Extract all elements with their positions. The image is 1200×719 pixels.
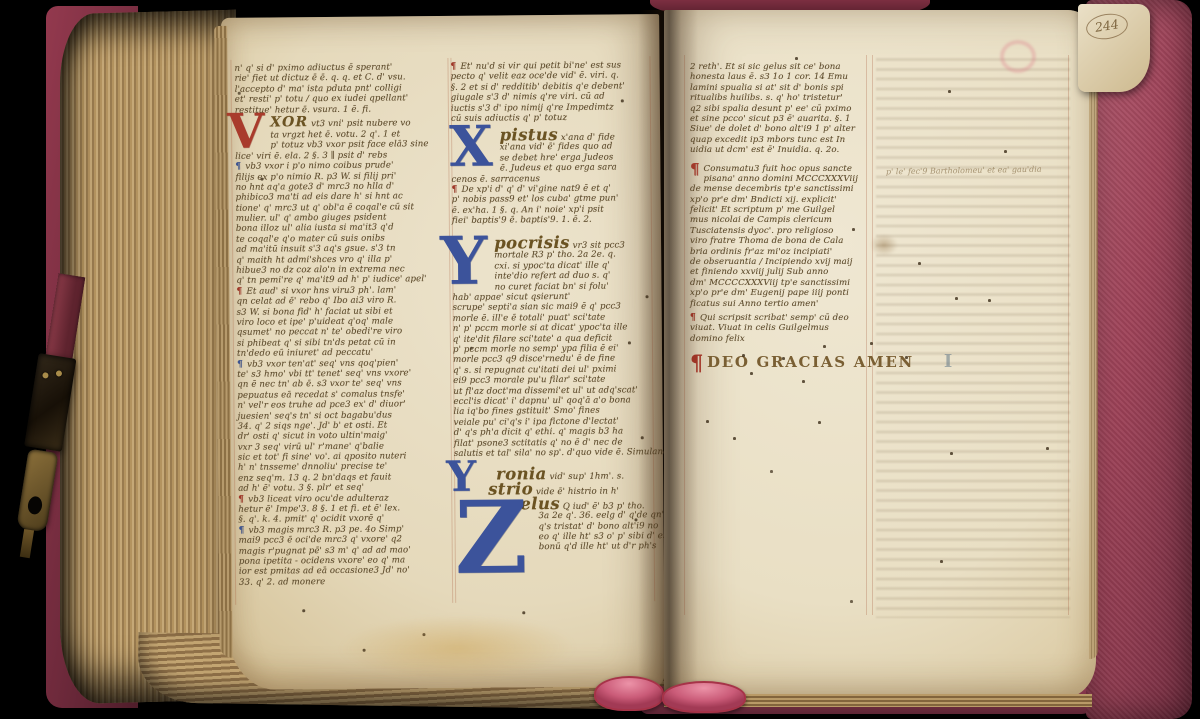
pilcrow-mark: ¶: [450, 62, 460, 72]
manuscript-line: bonū q'd ille ht' ut d'r ph's: [539, 542, 659, 553]
manuscript-line: dm' MCCCCXXXViij tp'e sanctissimi: [690, 278, 876, 288]
line-text: cenos ē. sarracenus: [451, 174, 540, 185]
show-through-text: [876, 58, 1070, 618]
manuscript-line: et finiendo xxviij julij Sub anno: [690, 267, 876, 277]
manuscript-line: 2 reth'. Et si sic gelus sit ce' bona: [690, 62, 876, 72]
entry-headword: xor: [270, 114, 308, 130]
line-text: se debet hre' erga Judeos: [500, 152, 614, 163]
line-text: ē. Judeus et quo erga sara: [500, 163, 617, 174]
line-text: cū suis adiuctis q' p' totuz: [451, 113, 567, 124]
line-text: honesta laus ē. s3 1o 1 cor. 14 Emu: [690, 72, 848, 82]
pilcrow-mark: ¶: [690, 350, 700, 375]
pilcrow-mark: ¶: [452, 185, 462, 195]
pilcrow-mark: ¶: [239, 526, 249, 536]
wormholes: [221, 18, 224, 21]
manuscript-line: de mense decembris tp'e sanctissimi: [690, 184, 876, 194]
line-text: xi'ana vid' ē' fides quo ad: [500, 142, 613, 153]
line-text: xp'o pr'e dm' Bndicti xij. explicit': [690, 195, 837, 205]
text-block: ¶Qui scripsit scribat' semp' cū deoviuat…: [690, 313, 876, 344]
manuscript-line: mus nicolai de Campis clericum: [690, 215, 876, 225]
rivet: [42, 372, 49, 379]
manuscript-line: fiei' baptis'9 ē. baptis'9. 1. ē. 2.: [452, 214, 656, 226]
book-photo: n' q' si d' pximo adiuctus ē sperant'rie…: [0, 0, 1200, 719]
illuminated-initial: Z: [454, 499, 528, 578]
line-text: dm' MCCCCXXXViij tp'e sanctissimi: [690, 278, 850, 288]
line-text: Siue' de dolet d' bono alt'i9 1 p' alter: [690, 124, 855, 134]
manuscript-line: felicit' Et scriptum p' me Guilgel: [690, 205, 876, 215]
clasp-buckle: [16, 449, 58, 533]
line-text: viro fratre Thoma de bona de Cala: [690, 236, 843, 246]
right-page-column: 2 reth'. Et si sic gelus sit ce' bonahon…: [690, 62, 876, 375]
folio-number-text: 244: [1094, 16, 1120, 35]
line-text: domino felix: [690, 334, 745, 344]
manuscript-line: Siue' de dolet d' bono alt'i9 1 p' alter: [690, 124, 876, 134]
manuscript-line: quap excedit ip3 mbors tunc est In: [690, 135, 876, 145]
line-text: felicit' Et scriptum p' me Guilgel: [690, 205, 835, 215]
parchment-stain: [292, 600, 623, 695]
manuscript-line: uidia ut dcm' est ē' Inuidia. q. 2o.: [690, 145, 876, 155]
strap-metal-plate: [24, 353, 76, 452]
line-text: mortale R3 p' tho. 2a 2e. q.: [494, 250, 616, 261]
manuscript-line: domino felix: [690, 334, 876, 344]
buckle-hole: [27, 495, 44, 515]
line-text: 3a 2e q'. 36. eelg d' q'de qn': [538, 510, 664, 521]
pilcrow-mark: ¶: [238, 494, 248, 504]
wormholes: [664, 10, 667, 13]
pilcrow-mark: ¶: [237, 359, 247, 369]
line-text: ritualibs huilibs. s. q' ho' tristetur': [690, 93, 843, 103]
line-text: et finiendo xxviij julij Sub anno: [690, 267, 828, 277]
line-text: et' resti' p' totu / quo ex iudei qpella…: [235, 93, 409, 105]
line-text: bria ordinis fr'az mi'oz incipiati': [690, 247, 832, 257]
ruling-line: [684, 55, 685, 615]
buckle-tip: [20, 529, 34, 558]
manuscript-line: ficatus sui Anno tertio amen': [690, 299, 876, 309]
line-text: fiei' baptis'9 ē. baptis'9. 1. ē. 2.: [452, 215, 592, 226]
text-block: ¶DEO GRACIAS AMENI: [690, 350, 876, 375]
illuminated-initial: X: [449, 126, 493, 170]
line-text: q's tristat' d' bono alt'i9 no: [538, 521, 658, 532]
line-text: enz seq'm. 13 q. 2 bn'daqs et fauit: [238, 472, 391, 483]
manuscript-line: xp'o pr'e dm' Eugenij pape iiij ponti: [690, 288, 876, 298]
manuscript-line: de obseruantia / Incipiendo xvij maij: [690, 257, 876, 267]
ghost-ink-mark: I: [944, 351, 952, 372]
text-block: Ypocrisis vr3 sit pcc3mortale R3 p' tho.…: [452, 235, 658, 460]
line-text: ad h' ē' votu. 3 §. plr' et seq': [238, 483, 364, 494]
line-text: no curet faciat bn' si folu': [495, 281, 609, 292]
entry-heading: elus Q iud' ē' b3 p' tho.: [520, 495, 658, 511]
manuscript-line: q2 sibi spalia desunt p' ee' cū pximo: [690, 104, 876, 114]
line-text: ficatus sui Anno tertio amen': [690, 299, 819, 309]
pink-edge-tab: [662, 681, 746, 713]
manuscript-line: ¶Qui scripsit scribat' semp' cū deo: [690, 313, 876, 323]
manuscript-line: bria ordinis fr'az mi'oz incipiati': [690, 247, 876, 257]
manuscript-line: ritualibs huilibs. s. q' ho' tristetur': [690, 93, 876, 103]
line-text: 33. q' 2. ad monere: [239, 577, 325, 588]
left-page-column-1: n' q' si d' pximo adiuctus ē sperant'rie…: [234, 62, 451, 588]
line-text: Consumatu3 fuit hoc opus sancte: [704, 164, 852, 174]
explicit-line: ¶DEO GRACIAS AMENI: [690, 350, 876, 375]
manuscript-line: Consumatu3 fuit hoc opus sancte: [690, 164, 876, 174]
left-page: n' q' si d' pximo adiuctus ē sperant'rie…: [221, 14, 665, 690]
manuscript-line: honesta laus ē. s3 1o 1 cor. 14 Emu: [690, 72, 876, 82]
line-text: tione' q' mrc3 ut q' obl'a ē coqal'e cū …: [236, 202, 414, 214]
text-block: ¶Consumatu3 fuit hoc opus sanctepisana' …: [690, 164, 876, 309]
ring-stain: [1000, 40, 1036, 73]
line-text: xp'o pr'e dm' Eugenij pape iiij ponti: [690, 288, 849, 298]
pink-edge-tab: [594, 676, 664, 711]
manuscript-line: viuat. Viuat in celis Guilgelmus: [690, 323, 876, 333]
manuscript-line: viro fratre Thoma de bona de Cala: [690, 236, 876, 246]
front-cover-right: [1086, 0, 1192, 719]
line-text: quap excedit ip3 mbors tunc est In: [690, 135, 845, 145]
line-text: tn'dedo eū iniuret' ad peccatu': [237, 348, 373, 359]
left-page-column-2: ¶Et' nu'd si vir qui petit bi'ne' est su…: [450, 60, 659, 627]
line-text: q' tn pemi're q' ma'it9 ad h' p' iudice'…: [236, 275, 426, 287]
deo-gracias-text: DEO GRACIAS AMEN: [707, 353, 914, 371]
text-block: 2 reth'. Et si sic gelus sit ce' bonahon…: [690, 62, 876, 156]
line-text: de obseruantia / Incipiendo xvij maij: [690, 257, 852, 267]
line-text: p' totuz vb3 vxor psit face elā3 sine: [270, 139, 428, 150]
line-text: bonū q'd ille ht' ut d'r ph's: [539, 542, 657, 553]
illuminated-initial: ¶: [690, 164, 700, 176]
line-text: Tusciatensis dyoc'. pro religioso: [690, 226, 833, 236]
line-text: vb3 liceat viro ocu'de adulteraz: [248, 493, 389, 504]
manuscript-line: salutis et tal' sila' no sp'. d'quo vide…: [454, 447, 658, 459]
manuscript-line: pisana' anno domini MCCCXXXViij: [690, 174, 876, 184]
line-text: viuat. Viuat in celis Guilgelmus: [690, 323, 829, 333]
line-text: uidia ut dcm' est ē' Inuidia. q. 2o.: [690, 145, 839, 155]
line-text: iuctis s'3 d' ipo nimij q're Impedimtz: [451, 102, 614, 113]
manuscript-line: 33. q' 2. ad monere: [239, 576, 451, 588]
line-text: mus nicolai de Campis clericum: [690, 215, 832, 225]
manuscript-line: Tusciatensis dyoc'. pro religioso: [690, 226, 876, 236]
rivet: [56, 370, 63, 377]
line-text: q2 sibi spalia desunt p' ee' cū pximo: [690, 104, 852, 114]
line-text: Qui scripsit scribat' semp' cū deo: [700, 313, 849, 323]
text-block: n' q' si d' pximo adiuctus ē sperant'rie…: [234, 62, 446, 116]
text-block: ¶Et' nu'd si vir qui petit bi'ne' est su…: [450, 60, 655, 124]
line-text: vt3 vni' psit nubere vo: [308, 118, 410, 129]
line-text: salutis et tal' sila' no sp'. d'quo vide…: [454, 447, 669, 459]
illuminated-initial: Y: [440, 236, 488, 288]
pilcrow-mark: ¶: [236, 287, 246, 297]
pilcrow-mark: ¶: [690, 313, 700, 323]
line-text: ior est pmitas ad eā occasione3 Jd' no': [239, 566, 410, 577]
line-text: de mense decembris tp'e sanctissimi: [690, 184, 854, 194]
text-block: Xpistus x'ana d' fidexi'ana vid' ē' fide…: [451, 126, 656, 226]
pilcrow-mark: ¶: [235, 162, 245, 172]
text-block: Vxor vt3 vni' psit nubere vota vrgzt het…: [235, 114, 451, 588]
manuscript-line: et sine pcco' sicut p3 ē' auarita. §. 1: [690, 114, 876, 124]
line-text: inte'dio refert ad duo s. q': [494, 271, 610, 282]
manuscript-line: xp'o pr'e dm' Bndicti xij. explicit': [690, 195, 876, 205]
manuscript-line: lamini spualia si at' sit d' bonis spi: [690, 83, 876, 93]
illuminated-initial: V: [227, 114, 265, 152]
line-text: 2 reth'. Et si sic gelus sit ce' bona: [690, 62, 841, 72]
line-text: pisana' anno domini MCCCXXXViij: [704, 174, 858, 184]
line-text: lamini spualia si at' sit d' bonis spi: [690, 83, 844, 93]
line-text: et sine pcco' sicut p3 ē' auarita. §. 1: [690, 114, 851, 124]
line-text: eccl'is dicat' i' dapnu' ul' qoq'ā a'o b…: [453, 395, 630, 407]
manuscript-line: cū suis adiuctis q' p' totuz: [451, 112, 655, 124]
right-page: 2 reth'. Et si sic gelus sit ce' bonahon…: [664, 10, 1096, 698]
